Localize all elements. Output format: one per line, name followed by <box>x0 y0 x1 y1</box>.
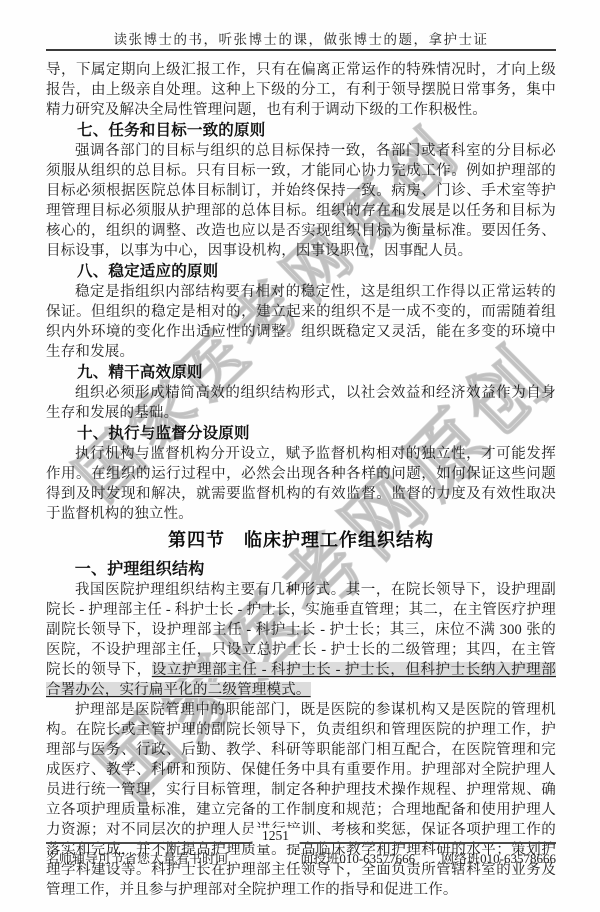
heading-principle-8: 八、稳定适应的原则 <box>46 261 556 282</box>
footer-phone-online: 网络班010-63578666 <box>441 848 556 867</box>
footer: 1251 名师辅导可节省您大量看书时间 面授班010-63577666 网络班0… <box>46 842 556 867</box>
footer-phone-onsite: 面授班010-63577666 <box>300 848 415 867</box>
paragraph-principle-7: 强调各部门的目标与组织的总目标保持一致，各部门或者科室的分目标必须服从组织的总目… <box>46 141 556 261</box>
paragraph-continued: 导，下属定期向上级汇报工作，只有在偏离正常运作的特殊情况时，才向上级报告，由上级… <box>46 60 556 120</box>
header-slogan: 读张博士的书，听张博士的课，做张博士的题，拿护士证 <box>47 28 555 48</box>
heading-principle-9: 九、精干高效原则 <box>46 362 556 383</box>
heading-principle-7: 七、任务和目标一致的原则 <box>46 120 556 141</box>
heading-principle-10: 十、执行与监督分设原则 <box>46 423 556 444</box>
section-4-title: 第四节 临床护理工作组织结构 <box>46 527 556 555</box>
header-rule <box>46 49 556 51</box>
footer-row: 名师辅导可节省您大量看书时间 面授班010-63577666 网络班010-63… <box>46 844 556 867</box>
footer-note: 名师辅导可节省您大量看书时间 <box>46 848 228 867</box>
page-body: 导，下属定期向上级汇报工作，只有在偏离正常运作的特殊情况时，才向上级报告，由上级… <box>46 60 556 900</box>
paragraph-structure-forms: 我国医院护理组织结构主要有几种形式。其一，在院长领导下，设护理副院长 - 护理部… <box>46 580 556 700</box>
document-page: 国家医考网原创 国家医考网原创 读张博士的书，听张博士的课，做张博士的题，拿护士… <box>0 0 600 912</box>
subheading-nursing-structure: 一、护理组织结构 <box>46 557 556 580</box>
paragraph-principle-8: 稳定是指组织内部结构要有相对的稳定性，这是组织工作得以正常运转的保证。但组织的稳… <box>46 282 556 362</box>
page-number: 1251 <box>252 828 299 844</box>
paragraph-principle-10: 执行机构与监督机构分开设立，赋予监督机构相对的独立性，才可能发挥作用。在组织的运… <box>46 444 556 524</box>
paragraph-nursing-department: 护理部是医院管理中的职能部门，既是医院的参谋机构又是医院的管理机构。在院长或主管… <box>46 700 556 900</box>
paragraph-principle-9: 组织必须形成精简高效的组织结构形式，以社会效益和经济效益作为自身生存和发展的基础… <box>46 383 556 423</box>
